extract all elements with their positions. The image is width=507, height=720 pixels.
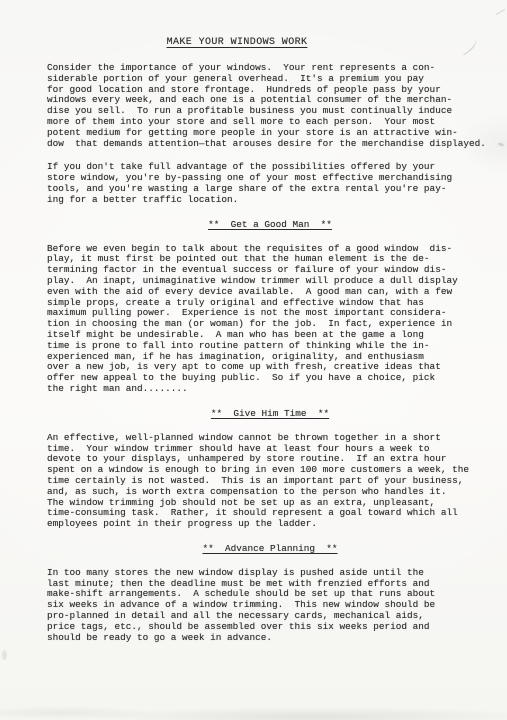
section-heading-get-a-good-man: ** Get a Good Man ** — [47, 219, 493, 230]
section-body-get-a-good-man: Before we even begin to talk about the r… — [47, 244, 493, 395]
intro-paragraph-2: If you don't take full advantage of the … — [47, 162, 493, 205]
section-heading-advance-planning: ** Advance Planning ** — [47, 543, 493, 554]
document-content: MAKE YOUR WINDOWS WORK Consider the impo… — [0, 0, 507, 643]
document-title: MAKE YOUR WINDOWS WORK — [14, 37, 460, 48]
section-body-advance-planning: In too many stores the new window displa… — [47, 568, 493, 644]
intro-paragraph-1: Consider the importance of your windows.… — [47, 63, 493, 149]
document-page: MAKE YOUR WINDOWS WORK Consider the impo… — [0, 0, 507, 720]
section-body-give-him-time: An effective, well-planned window cannot… — [47, 433, 493, 530]
section-heading-give-him-time: ** Give Him Time ** — [47, 408, 493, 419]
left-edge-smudge — [2, 650, 7, 660]
